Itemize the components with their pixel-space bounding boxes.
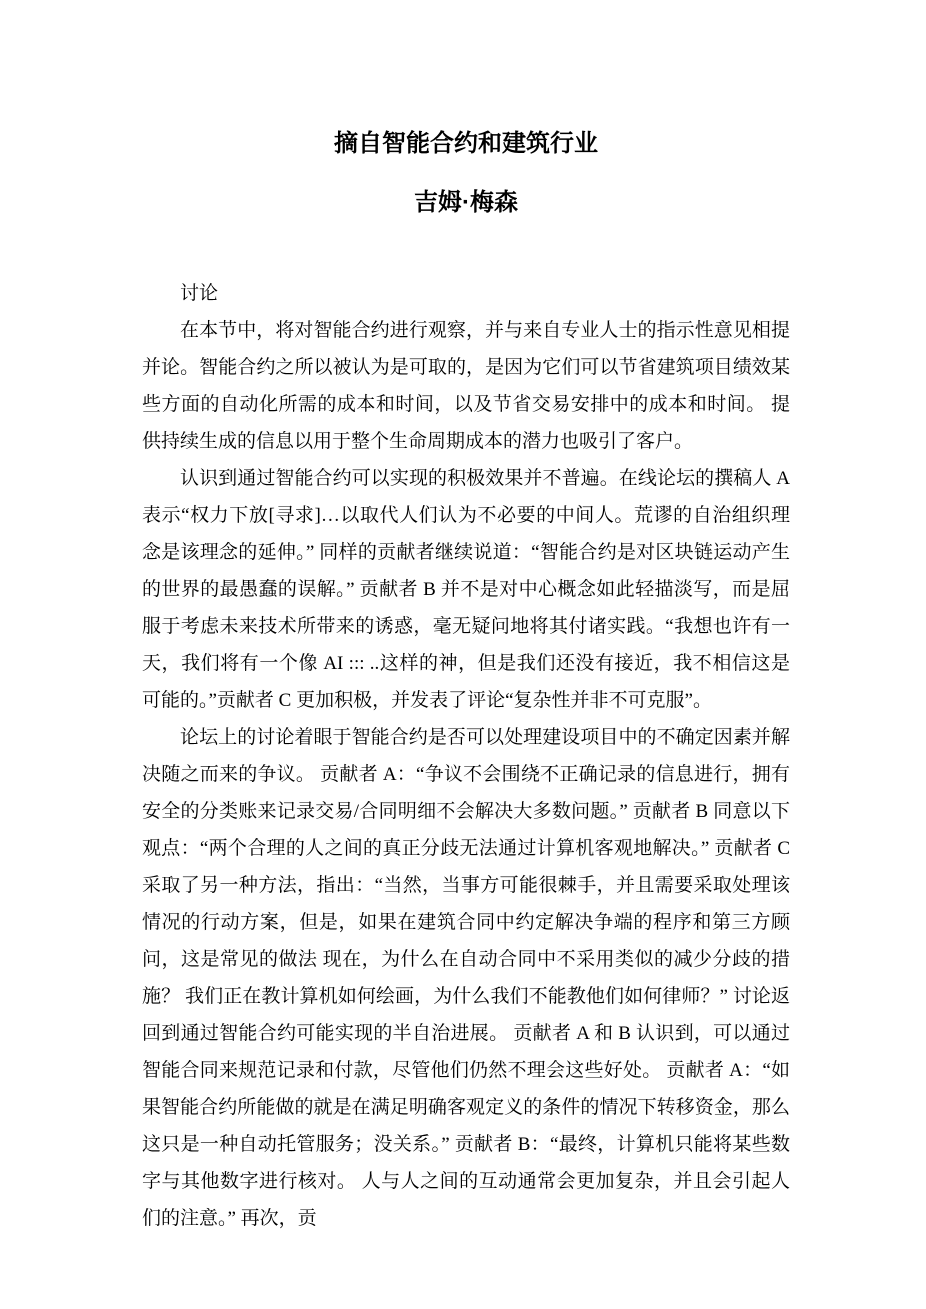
document-author: 吉姆·梅森	[142, 189, 790, 217]
document-body: 讨论 在本节中，将对智能合约进行观察，并与来自专业人士的指示性意见相提并论。智能…	[142, 275, 790, 1237]
paragraph: 认识到通过智能合约可以实现的积极效果并不普遍。在线论坛的撰稿人 A 表示“权力下…	[142, 460, 790, 719]
paragraph: 论坛上的讨论着眼于智能合约是否可以处理建设项目中的不确定因素并解决随之而来的争议…	[142, 719, 790, 1237]
paragraph: 在本节中，将对智能合约进行观察，并与来自专业人士的指示性意见相提并论。智能合约之…	[142, 312, 790, 460]
section-heading: 讨论	[142, 275, 790, 312]
document-title: 摘自智能合约和建筑行业	[142, 130, 790, 158]
document-page: 摘自智能合约和建筑行业 吉姆·梅森 讨论 在本节中，将对智能合约进行观察，并与来…	[0, 0, 926, 1309]
